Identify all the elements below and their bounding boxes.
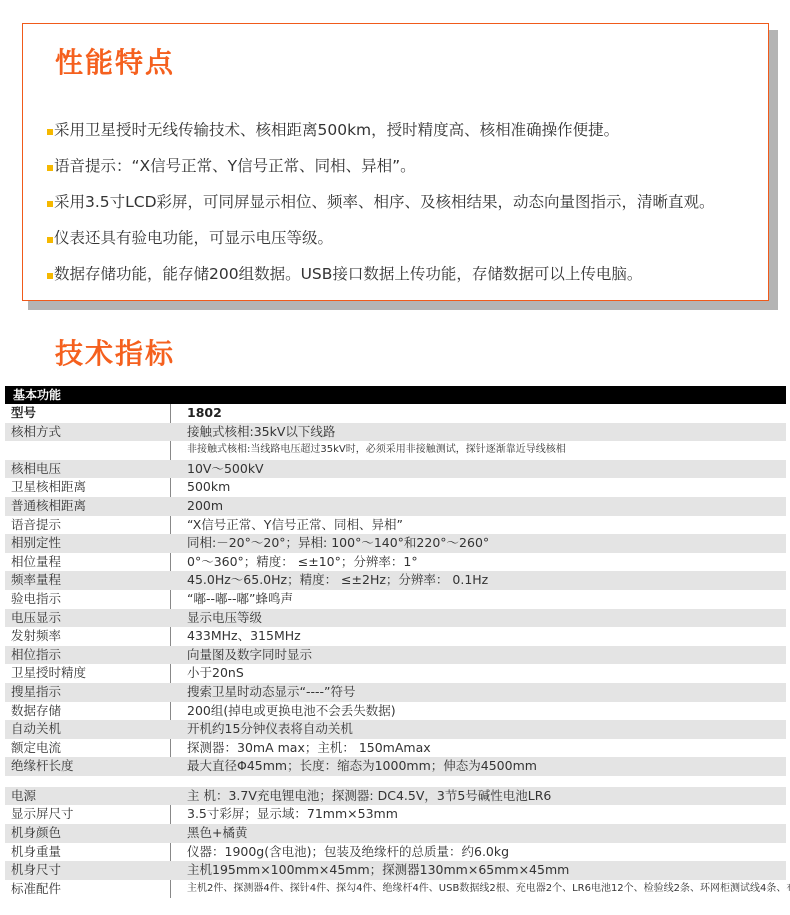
spec-label: 相位量程 — [11, 553, 61, 572]
table-row: 相别定性同相:－20°～20°；异相: 100°～140°和220°～260° — [5, 534, 786, 553]
spec-label: 频率量程 — [11, 571, 61, 590]
feature-item: 仪表还具有验电功能，可显示电压等级。 — [47, 220, 715, 256]
bullet-icon — [47, 129, 53, 135]
spec-value: 主 机：3.7V充电锂电池；探测器: DC4.5V，3节5号碱性电池LR6 — [187, 787, 551, 806]
feature-item: 语音提示：“X信号正常、Y信号正常、同相、异相”。 — [47, 148, 715, 184]
feature-item: 数据存储功能，能存储200组数据。USB接口数据上传功能，存储数据可以上传电脑。 — [47, 256, 715, 292]
table-row: 电压显示显示电压等级 — [5, 609, 786, 628]
spec-value: 500km — [187, 478, 230, 497]
table-row: 机身颜色黑色+橘黄 — [5, 824, 786, 843]
spec-value: 小于20nS — [187, 664, 244, 683]
spec-table: 基本功能 型号1802核相方式接触式核相:35kV以下线路非接触式核相:当线路电… — [5, 386, 786, 898]
spec-row-gap — [5, 776, 786, 787]
table-row: 相位量程0°～360°；精度： ≤±10°；分辨率：1° — [5, 553, 786, 572]
spec-label: 电源 — [11, 787, 36, 806]
spec-value: “嘟--嘟--嘟”蜂鸣声 — [187, 590, 293, 609]
table-row: 频率量程45.0Hz～65.0Hz；精度： ≤±2Hz；分辨率： 0.1Hz — [5, 571, 786, 590]
features-title: 性能特点 — [55, 47, 175, 79]
spec-rows: 型号1802核相方式接触式核相:35kV以下线路非接触式核相:当线路电压超过35… — [5, 404, 786, 898]
spec-value: 黑色+橘黄 — [187, 824, 247, 843]
spec-label: 机身尺寸 — [11, 861, 61, 880]
spec-label: 型号 — [11, 404, 36, 423]
spec-label: 显示屏尺寸 — [11, 805, 74, 824]
spec-label: 绝缘杆长度 — [11, 757, 74, 776]
table-row: 机身尺寸主机195mm×100mm×45mm；探测器130mm×65mm×45m… — [5, 861, 786, 880]
spec-value: 接触式核相:35kV以下线路 — [187, 423, 335, 442]
spec-value: 主机2件、探测器4件、探针4件、探勾4件、绝缘杆4件、USB数据线2根、充电器2… — [187, 880, 790, 899]
spec-value: 显示电压等级 — [187, 609, 262, 628]
spec-table-header: 基本功能 — [5, 386, 786, 404]
spec-value: 45.0Hz～65.0Hz；精度： ≤±2Hz；分辨率： 0.1Hz — [187, 571, 488, 590]
spec-value: 主机195mm×100mm×45mm；探测器130mm×65mm×45mm — [187, 861, 569, 880]
spec-label: 卫星授时精度 — [11, 664, 86, 683]
spec-value: 仪器：1900g(含电池)；包装及绝缘杆的总质量：约6.0kg — [187, 843, 509, 862]
feature-text: 采用3.5寸LCD彩屏，可同屏显示相位、频率、相序、及核相结果，动态向量图指示，… — [54, 190, 715, 214]
spec-label: 发射频率 — [11, 627, 61, 646]
table-row: 型号1802 — [5, 404, 786, 423]
table-row: 普通核相距离200m — [5, 497, 786, 516]
feature-list: 采用卫星授时无线传输技术、核相距离500km，授时精度高、核相准确操作便捷。 语… — [47, 112, 715, 292]
feature-box: 性能特点 采用卫星授时无线传输技术、核相距离500km，授时精度高、核相准确操作… — [22, 23, 769, 301]
bullet-icon — [47, 201, 53, 207]
spec-label: 相位指示 — [11, 646, 61, 665]
spec-value: 0°～360°；精度： ≤±10°；分辨率：1° — [187, 553, 418, 572]
table-row: 显示屏尺寸3.5寸彩屏；显示域：71mm×53mm — [5, 805, 786, 824]
table-row: 非接触式核相:当线路电压超过35kV时，必须采用非接触测试，探针逐渐靠近导线核相 — [5, 441, 786, 460]
spec-value: “X信号正常、Y信号正常、同相、异相” — [187, 516, 403, 535]
table-row: 机身重量仪器：1900g(含电池)；包装及绝缘杆的总质量：约6.0kg — [5, 843, 786, 862]
spec-value: 3.5寸彩屏；显示域：71mm×53mm — [187, 805, 398, 824]
table-row: 额定电流探测器：30mA max；主机： 150mAmax — [5, 739, 786, 758]
specs-title: 技术指标 — [55, 338, 175, 370]
spec-value: 200组(掉电或更换电池不会丢失数据) — [187, 702, 396, 721]
feature-text: 采用卫星授时无线传输技术、核相距离500km，授时精度高、核相准确操作便捷。 — [54, 118, 619, 142]
table-row: 发射频率433MHz、315MHz — [5, 627, 786, 646]
spec-label: 电压显示 — [11, 609, 61, 628]
table-row: 卫星授时精度小于20nS — [5, 664, 786, 683]
feature-text: 语音提示：“X信号正常、Y信号正常、同相、异相”。 — [54, 154, 416, 178]
table-row: 标准配件主机2件、探测器4件、探针4件、探勾4件、绝缘杆4件、USB数据线2根、… — [5, 880, 786, 899]
bullet-icon — [47, 273, 53, 279]
spec-label: 机身颜色 — [11, 824, 61, 843]
spec-label: 标准配件 — [11, 880, 61, 899]
spec-label: 额定电流 — [11, 739, 61, 758]
table-row: 验电指示“嘟--嘟--嘟”蜂鸣声 — [5, 590, 786, 609]
table-row: 语音提示“X信号正常、Y信号正常、同相、异相” — [5, 516, 786, 535]
spec-value: 搜索卫星时动态显示“----”符号 — [187, 683, 356, 702]
spec-label: 相别定性 — [11, 534, 61, 553]
table-row: 电源主 机：3.7V充电锂电池；探测器: DC4.5V，3节5号碱性电池LR6 — [5, 787, 786, 806]
spec-label: 搜星指示 — [11, 683, 61, 702]
spec-value: 非接触式核相:当线路电压超过35kV时，必须采用非接触测试，探针逐渐靠近导线核相 — [187, 441, 566, 460]
table-row: 搜星指示搜索卫星时动态显示“----”符号 — [5, 683, 786, 702]
table-row: 核相电压10V～500kV — [5, 460, 786, 479]
spec-value: 1802 — [187, 404, 222, 423]
spec-label: 验电指示 — [11, 590, 61, 609]
spec-value: 最大直径Φ45mm；长度：缩态为1000mm；伸态为4500mm — [187, 757, 537, 776]
feature-item: 采用卫星授时无线传输技术、核相距离500km，授时精度高、核相准确操作便捷。 — [47, 112, 715, 148]
table-row: 绝缘杆长度最大直径Φ45mm；长度：缩态为1000mm；伸态为4500mm — [5, 757, 786, 776]
feature-item: 采用3.5寸LCD彩屏，可同屏显示相位、频率、相序、及核相结果，动态向量图指示，… — [47, 184, 715, 220]
table-row: 卫星核相距离500km — [5, 478, 786, 497]
spec-label: 机身重量 — [11, 843, 61, 862]
spec-label: 数据存储 — [11, 702, 61, 721]
spec-value: 向量图及数字同时显示 — [187, 646, 312, 665]
table-row: 数据存储200组(掉电或更换电池不会丢失数据) — [5, 702, 786, 721]
spec-value: 探测器：30mA max；主机： 150mAmax — [187, 739, 431, 758]
spec-label: 卫星核相距离 — [11, 478, 86, 497]
spec-value: 433MHz、315MHz — [187, 627, 301, 646]
feature-text: 数据存储功能，能存储200组数据。USB接口数据上传功能，存储数据可以上传电脑。 — [54, 262, 642, 286]
feature-text: 仪表还具有验电功能，可显示电压等级。 — [54, 226, 333, 250]
spec-value: 同相:－20°～20°；异相: 100°～140°和220°～260° — [187, 534, 489, 553]
spec-label: 普通核相距离 — [11, 497, 86, 516]
spec-value: 200m — [187, 497, 223, 516]
spec-value: 开机约15分钟仪表将自动关机 — [187, 720, 353, 739]
table-row: 自动关机开机约15分钟仪表将自动关机 — [5, 720, 786, 739]
bullet-icon — [47, 165, 53, 171]
spec-value: 10V～500kV — [187, 460, 264, 479]
spec-label: 自动关机 — [11, 720, 61, 739]
spec-label: 核相电压 — [11, 460, 61, 479]
bullet-icon — [47, 237, 53, 243]
table-row: 核相方式接触式核相:35kV以下线路 — [5, 423, 786, 442]
table-row: 相位指示向量图及数字同时显示 — [5, 646, 786, 665]
spec-label: 语音提示 — [11, 516, 61, 535]
spec-label: 核相方式 — [11, 423, 61, 442]
